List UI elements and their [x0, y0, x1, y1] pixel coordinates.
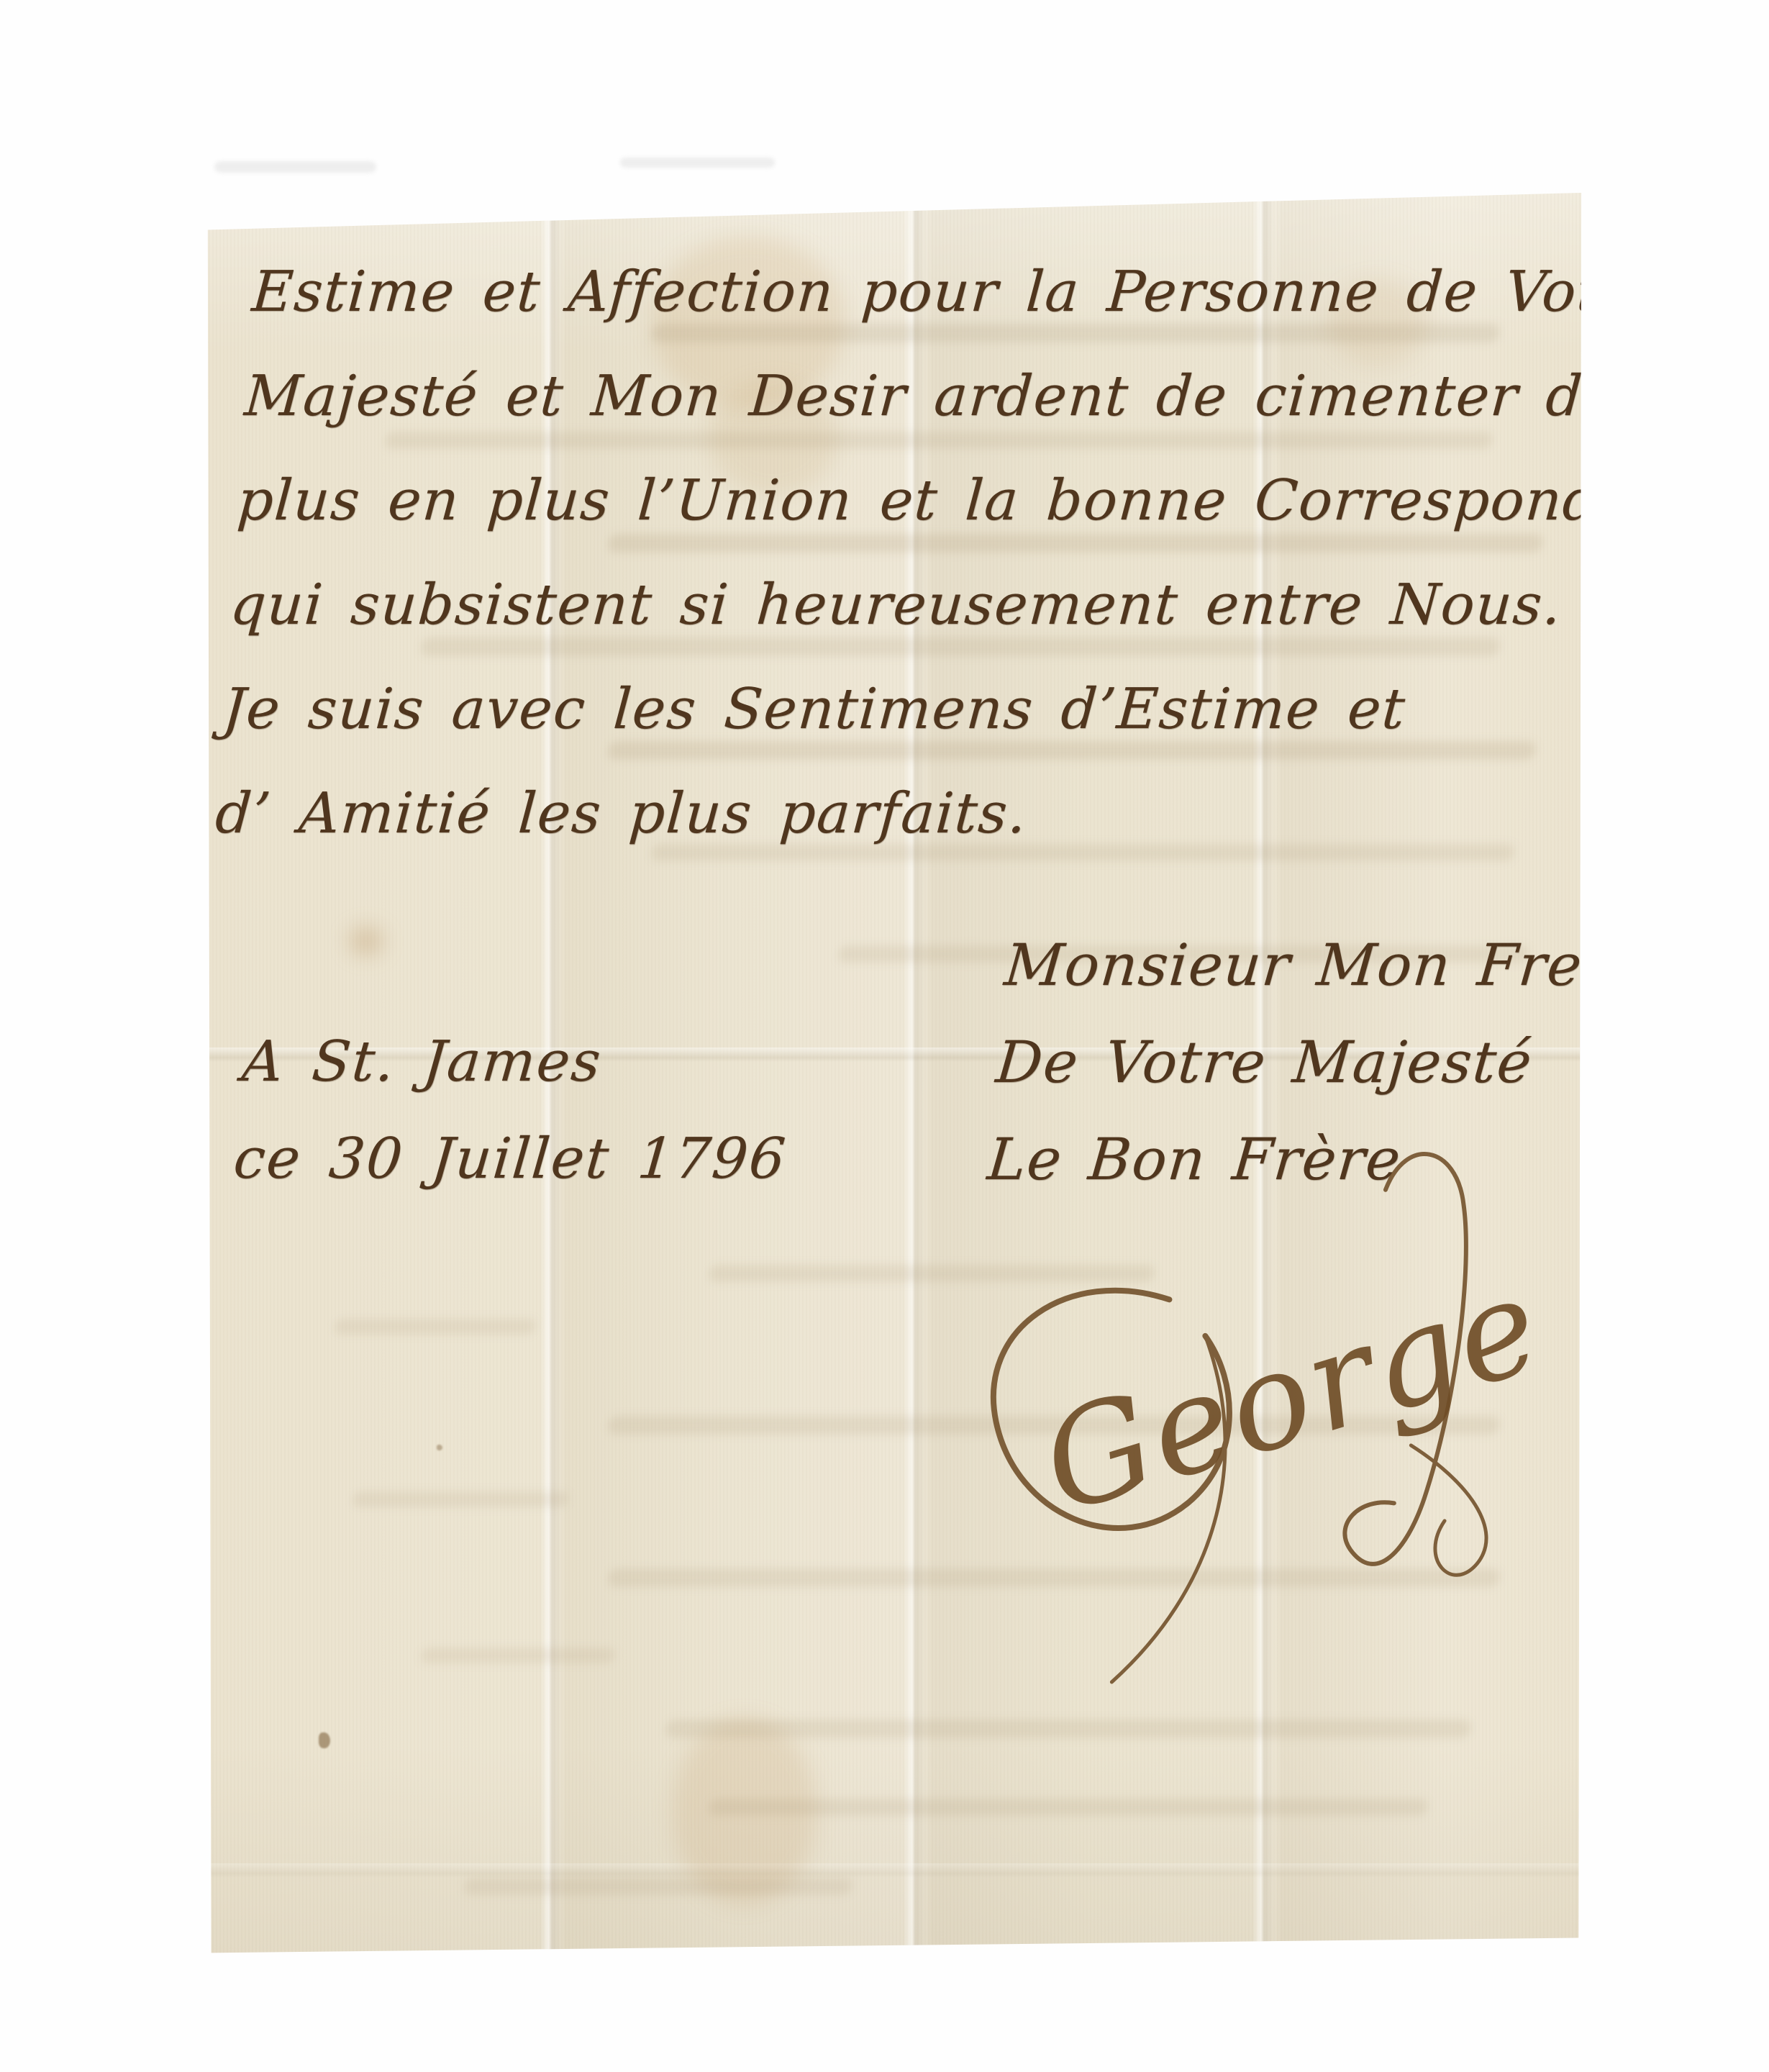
- scanned-letter-page: Estime et Affection pour la Personne de …: [0, 0, 1769, 2072]
- fold-crease-horizontal: [205, 1863, 1583, 1878]
- ink-speck: [319, 1732, 330, 1748]
- letter-sheet: Estime et Affection pour la Personne de …: [205, 193, 1583, 1955]
- body-line-2: Majesté et Mon Desir ardent de cimenter …: [241, 345, 1586, 449]
- show-through-line: [352, 1491, 569, 1507]
- body-line-3: plus en plus l’Union et la bonne Corresp…: [234, 449, 1579, 553]
- date-line: ce 30 Juillet 1796: [229, 1111, 791, 1208]
- closing-line-1: Monsieur Mon Frere: [1001, 917, 1650, 1014]
- stain: [349, 927, 383, 955]
- place-line: A St. James: [238, 1014, 799, 1111]
- body-line-4: qui subsistent si heureusement entre Nou…: [227, 553, 1572, 658]
- show-through-line: [334, 1319, 537, 1335]
- body-line-6: d’ Amitié les plus parfaits.: [212, 762, 1557, 866]
- place-date-block: A St. James ce 30 Juillet 1796: [229, 1014, 799, 1208]
- letter-body: Estime et Affection pour la Personne de …: [212, 240, 1594, 866]
- signature-flourish-r-loop: [1403, 1432, 1496, 1580]
- signature-text: George R: [1025, 1202, 1579, 1543]
- scan-streak: [620, 158, 775, 168]
- show-through-line: [420, 1648, 616, 1663]
- closing-line-2: De Votre Majesté: [992, 1014, 1642, 1111]
- show-through-line: [708, 1799, 1429, 1816]
- signature: George R: [946, 1150, 1579, 1696]
- show-through-line: [463, 1878, 854, 1895]
- body-line-1: Estime et Affection pour la Personne de …: [248, 240, 1593, 345]
- scan-streak: [214, 161, 376, 173]
- show-through-line: [665, 1719, 1473, 1738]
- ink-speck: [437, 1445, 442, 1450]
- body-line-5: Je suis avec les Sentimens d’Estime et: [219, 658, 1565, 762]
